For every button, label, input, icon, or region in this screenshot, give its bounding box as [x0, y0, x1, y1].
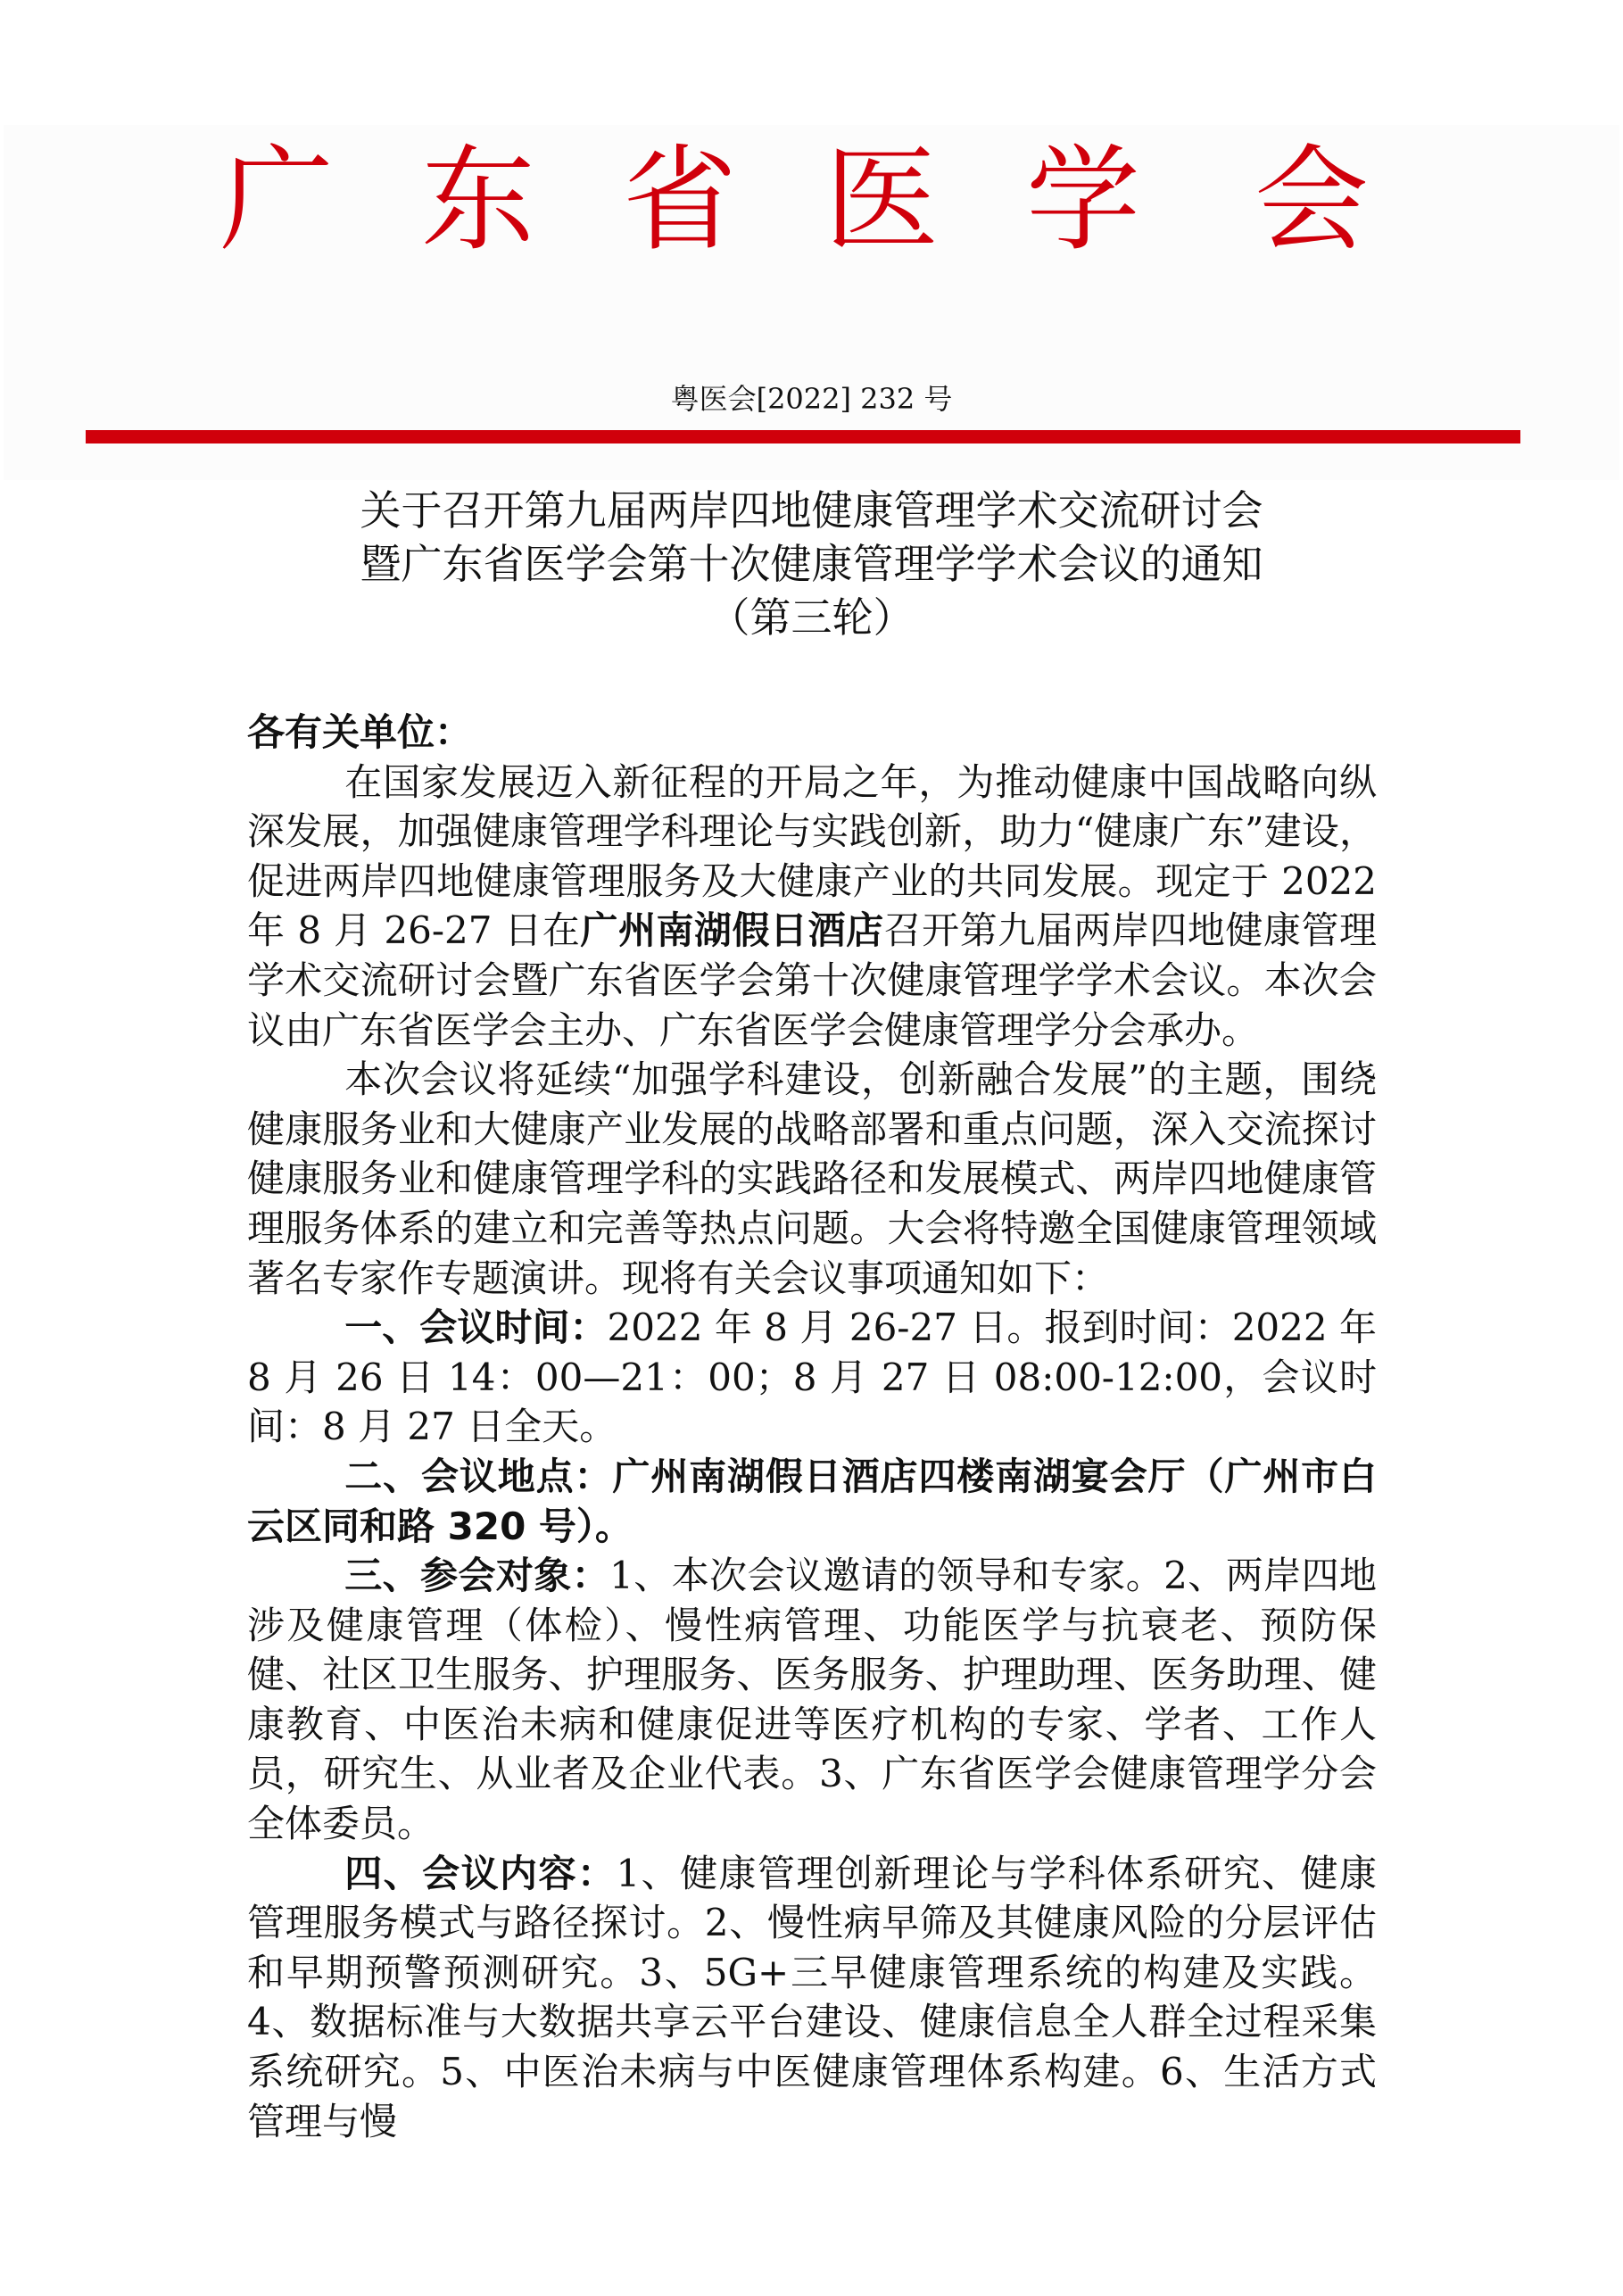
paragraph-theme: 本次会议将延续“加强学科建设，创新融合发展”的主题，围绕健康服务业和大健康产业发… [247, 1055, 1377, 1303]
red-divider-rule [86, 430, 1520, 443]
text-segment: 本次会议将延续“加强学科建设，创新融合发展”的主题，围绕健康服务业和大健康产业发… [247, 1057, 1377, 1299]
title-line-1: 关于召开第九届两岸四地健康管理学术交流研讨会 [0, 484, 1623, 537]
section-meeting-content: 四、会议内容：1、健康管理创新理论与学科体系研究、健康管理服务模式与路径探讨。2… [247, 1849, 1377, 2147]
masthead-char: 广 [214, 134, 339, 268]
text-segment: 1、本次会议邀请的领导和专家。2、两岸四地涉及健康管理（体检）、慢性病管理、功能… [247, 1554, 1377, 1845]
bold-text-segment: 二、会议地点：广州南湖假日酒店四楼南湖宴会厅（广州市白云区同和路 320 号）。 [247, 1455, 1377, 1548]
notice-body: 各有关单位： 在国家发展迈入新征程的开局之年，为推动健康中国战略向纵深发展，加强… [247, 708, 1377, 2146]
salutation: 各有关单位： [247, 708, 1377, 758]
masthead-char: 东 [416, 134, 541, 268]
bold-text-segment: 广州南湖假日酒店 [580, 908, 883, 952]
title-line-3: （第三轮） [0, 591, 1623, 644]
masthead-char: 学 [1021, 134, 1146, 268]
masthead-char: 医 [819, 134, 944, 268]
paragraph-intro: 在国家发展迈入新征程的开局之年，为推动健康中国战略向纵深发展，加强健康管理学科理… [247, 758, 1377, 1056]
section-meeting-venue: 二、会议地点：广州南湖假日酒店四楼南湖宴会厅（广州市白云区同和路 320 号）。 [247, 1452, 1377, 1551]
masthead-char: 会 [1249, 134, 1374, 268]
bold-text-segment: 三、参会对象： [344, 1554, 609, 1597]
section-attendees: 三、参会对象：1、本次会议邀请的领导和专家。2、两岸四地涉及健康管理（体检）、慢… [247, 1551, 1377, 1849]
bold-text-segment: 一、会议时间： [344, 1305, 607, 1349]
masthead-organization-name: 广 东 省 医 学 会 [0, 134, 1623, 268]
document-page: 广 东 省 医 学 会 粤医会[2022] 232 号 关于召开第九届两岸四地健… [0, 0, 1623, 2296]
section-meeting-time: 一、会议时间：2022 年 8 月 26-27 日。报到时间：2022 年 8 … [247, 1303, 1377, 1452]
masthead-char: 省 [617, 134, 742, 268]
notice-title: 关于召开第九届两岸四地健康管理学术交流研讨会 暨广东省医学会第十次健康管理学学术… [0, 484, 1623, 644]
bold-text-segment: 四、会议内容： [344, 1852, 616, 1895]
document-number: 粤医会[2022] 232 号 [0, 378, 1623, 419]
title-line-2: 暨广东省医学会第十次健康管理学学术会议的通知 [0, 537, 1623, 591]
